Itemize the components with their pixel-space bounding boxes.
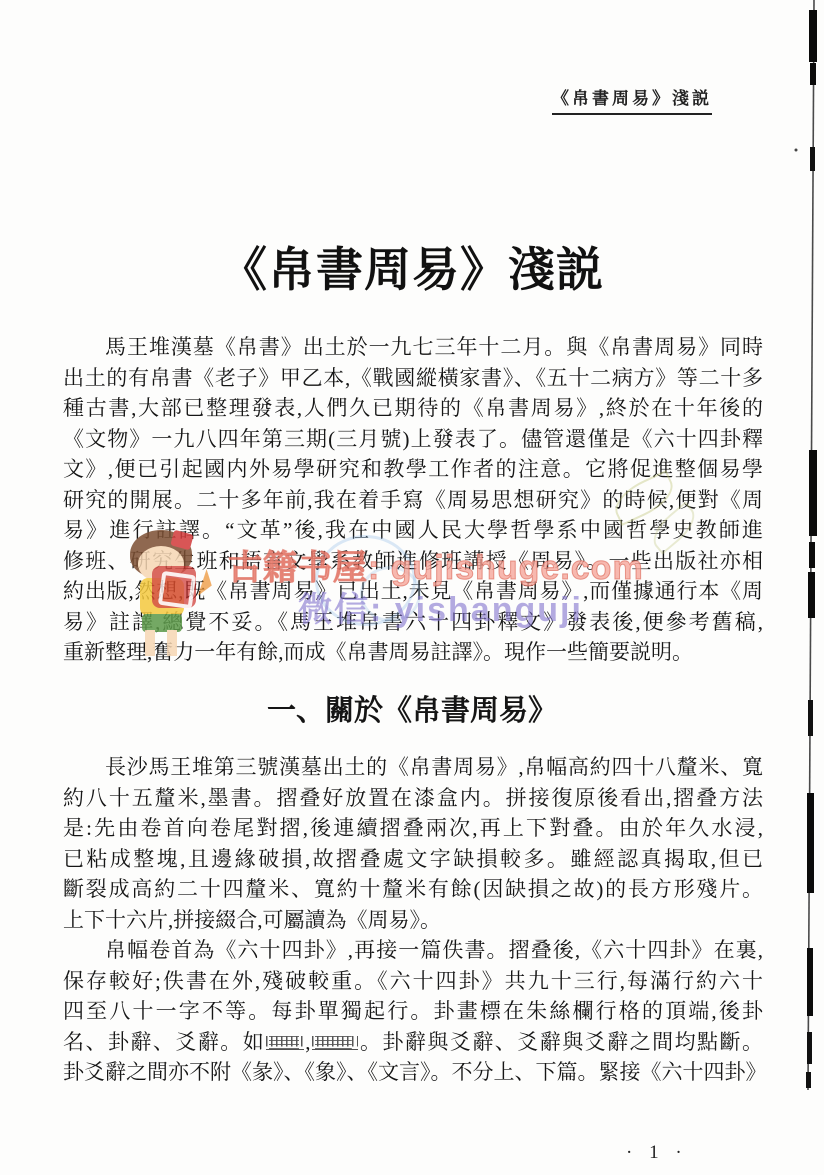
text-line: 研究的開展。二十多年前,我在着手寫《周易思想研究》的時候,便對《周	[63, 485, 763, 516]
manuscript-facsimile-glyph	[266, 1034, 304, 1050]
page-title: 《帛書周易》淺説	[0, 233, 824, 300]
text-line: 名、卦辭、爻辭。如,。卦辭與爻辭、爻辭與爻辭之間均點斷。	[63, 1027, 763, 1058]
page-number: · 1 ·	[626, 1142, 688, 1164]
text-line: 上下十六片,拼接綴合,可屬讀為《周易》。	[63, 905, 763, 936]
paragraph-intro: 馬王堆漢墓《帛書》出土於一九七三年十二月。與《帛書周易》同時出土的有帛書《老子》…	[63, 332, 763, 668]
text-line: 斷裂成高約二十四釐米、寬約十釐米有餘(因缺損之故)的長方形殘片。	[63, 874, 763, 905]
section-heading-1: 一、關於《帛書周易》	[0, 688, 824, 729]
text-line: 長沙馬王堆第三號漢墓出土的《帛書周易》,帛幅高約四十八釐米、寬	[63, 752, 763, 783]
text-line: 保存較好;佚書在外,殘破較重。《六十四卦》共九十三行,每滿行約六十	[63, 966, 763, 997]
text-line: 卦爻辭之間亦不附《彖》、《象》、《文言》。不分上、下篇。緊接《六十四卦》	[63, 1057, 763, 1088]
text-line: 易》註譯,總覺不妥。《馬王堆帛書六十四卦釋文》發表後,便參考舊稿,	[63, 607, 763, 638]
text-line: 文》,便已引起國内外易學研究和教學工作者的注意。它將促進整個易學	[63, 454, 763, 485]
text-line: 馬王堆漢墓《帛書》出土於一九七三年十二月。與《帛書周易》同時	[63, 332, 763, 363]
scanned-book-page: 《帛書周易》淺説 《帛書周易》淺説 馬王堆漢墓《帛書》出土於一九七三年十二月。與…	[0, 0, 824, 1175]
text-line: 出土的有帛書《老子》甲乙本,《戰國縱橫家書》、《五十二病方》等二十多	[63, 363, 763, 394]
running-header: 《帛書周易》淺説	[552, 84, 712, 115]
section-1-body: 長沙馬王堆第三號漢墓出土的《帛書周易》,帛幅高約四十八釐米、寬約八十五釐米,墨書…	[63, 752, 763, 1088]
text-line: 帛幅卷首為《六十四卦》,再接一篇佚書。摺叠後,《六十四卦》在裏,	[63, 935, 763, 966]
text-line: 是:先由卷首向卷尾對摺,後連續摺叠兩次,再上下對叠。由於年久水浸,	[63, 813, 763, 844]
text-line: 四至八十一字不等。每卦單獨起行。卦畫標在朱絲欄行格的頂端,後卦	[63, 996, 763, 1027]
paragraph-discovery: 長沙馬王堆第三號漢墓出土的《帛書周易》,帛幅高約四十八釐米、寬約八十五釐米,墨書…	[63, 752, 763, 935]
text-line: 易》進行註譯。“文革”後,我在中國人民大學哲學系中國哲學史教師進	[63, 515, 763, 546]
scan-binding-artifact	[764, 0, 824, 1175]
text-line: 種古書,大部已整理發表,人們久已期待的《帛書周易》,終於在十年後的	[63, 393, 763, 424]
paragraph-layout: 帛幅卷首為《六十四卦》,再接一篇佚書。摺叠後,《六十四卦》在裏,保存較好;佚書在…	[63, 935, 763, 1088]
text-line: 約八十五釐米,墨書。摺叠好放置在漆盒内。拼接復原後看出,摺叠方法	[63, 783, 763, 814]
text-line: 已粘成整塊,且邊緣破損,故摺叠處文字缺損較多。雖經認真揭取,但已	[63, 844, 763, 875]
manuscript-facsimile-glyph	[312, 1034, 358, 1050]
text-line: 修班、研究生班和語言文學系教師進修班講授《周易》。一些出版社亦相	[63, 546, 763, 577]
text-line: 約出版,然想,既《帛書周易》已出土,未見《帛書周易》,而僅據通行本《周	[63, 576, 763, 607]
text-line: 重新整理,奮力一年有餘,而成《帛書周易註譯》。現作一些簡要説明。	[63, 637, 763, 668]
text-line: 《文物》一九八四年第三期(三月號)上發表了。儘管還僅是《六十四卦釋	[63, 424, 763, 455]
